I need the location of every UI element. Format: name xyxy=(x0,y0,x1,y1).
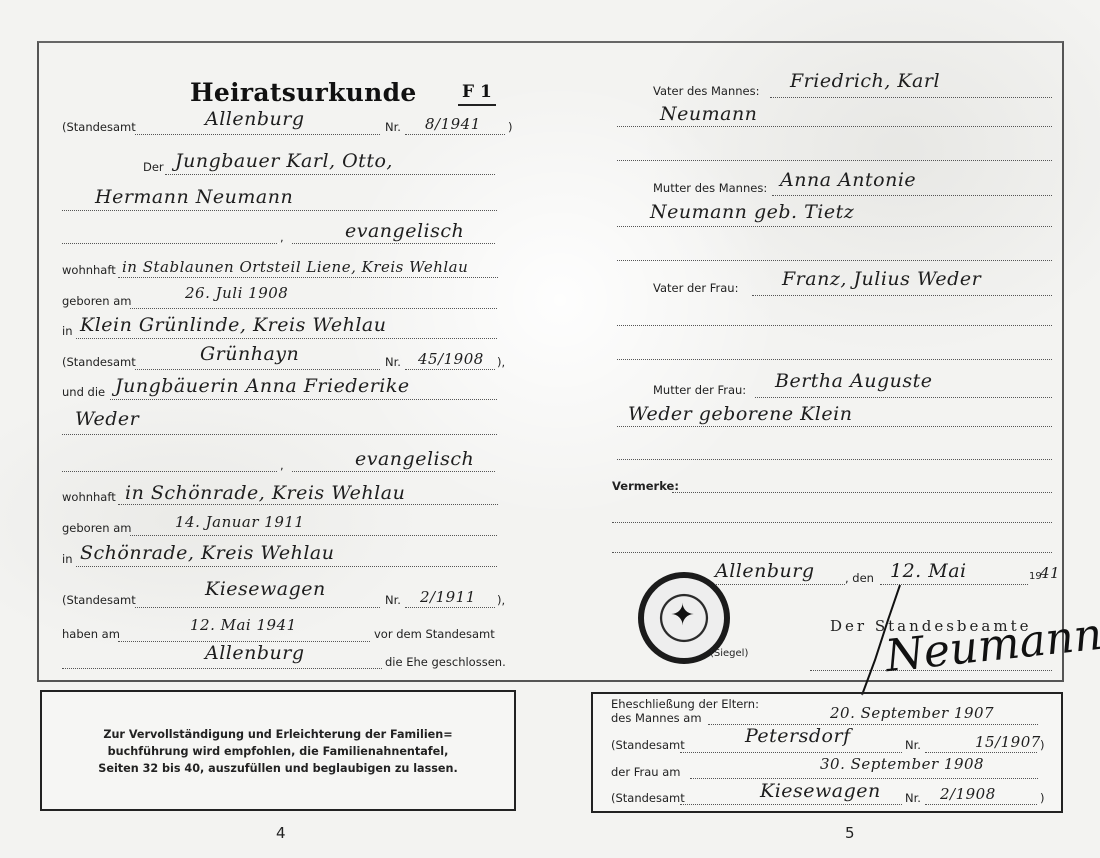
mannes-date: 20. September 1907 xyxy=(830,704,994,722)
nr1-close: ) xyxy=(1040,738,1045,752)
der-label: Der xyxy=(143,160,164,174)
nr2-label: Nr. xyxy=(905,791,921,805)
standesamt-label: (Standesamt xyxy=(62,120,136,134)
mutter-frau-label: Mutter der Frau: xyxy=(653,383,746,397)
standesamt2-value: Kiesewagen xyxy=(760,780,881,802)
groom-standesamt-value: Grünhayn xyxy=(200,343,299,365)
close-paren: ) xyxy=(508,120,513,134)
signature-stroke xyxy=(850,580,910,700)
bride-nr-value: 2/1911 xyxy=(420,588,476,606)
mutter-mannes-label: Mutter des Mannes: xyxy=(653,181,767,195)
dotted-line xyxy=(76,566,497,567)
groom-in-label: in xyxy=(62,324,72,338)
groom-geboren-label: geboren am xyxy=(62,294,131,308)
dotted-line xyxy=(612,522,1052,523)
groom-nr-close: ), xyxy=(497,355,505,369)
vater-mannes-line1: Friedrich, Karl xyxy=(790,70,940,92)
dotted-line xyxy=(617,260,1052,261)
bride-nr-label: Nr. xyxy=(385,593,401,607)
nr1-label: Nr. xyxy=(905,738,921,752)
bride-geboren-label: geboren am xyxy=(62,521,131,535)
page-number-right: 5 xyxy=(845,824,855,842)
sign-place: Allenburg xyxy=(715,560,815,582)
note-line-1: Zur Vervollständigung und Erleichterung … xyxy=(42,726,514,743)
dotted-line xyxy=(612,552,1052,553)
standesamt-value: Allenburg xyxy=(205,108,305,130)
dotted-line xyxy=(617,426,1052,427)
groom-wohnhaft-label: wohnhaft xyxy=(62,263,116,277)
dotted-line xyxy=(405,607,495,608)
dotted-line xyxy=(165,174,495,175)
nr2-value: 2/1908 xyxy=(940,785,996,803)
dotted-line xyxy=(292,243,495,244)
dotted-line xyxy=(130,535,497,536)
dotted-line xyxy=(617,359,1052,360)
bride-in-value: Schönrade, Kreis Wehlau xyxy=(80,542,334,564)
groom-wohnhaft-value: in Stablaunen Ortsteil Liene, Kreis Wehl… xyxy=(122,258,468,276)
vermerke-label: Vermerke: xyxy=(612,479,679,493)
dotted-line xyxy=(690,778,1038,779)
dotted-line xyxy=(755,397,1052,398)
vater-frau-label: Vater der Frau: xyxy=(653,281,738,295)
dotted-line xyxy=(680,752,902,753)
eagle-glyph: ✦ xyxy=(670,598,695,633)
dotted-line xyxy=(62,243,277,244)
vater-mannes-label: Vater des Mannes: xyxy=(653,84,760,98)
dotted-line xyxy=(925,752,1037,753)
nr1-value: 15/1907 xyxy=(975,733,1041,751)
dotted-line xyxy=(405,369,495,370)
mutter-mannes-line1: Anna Antonie xyxy=(780,169,916,191)
dotted-line xyxy=(135,607,380,608)
vater-mannes-line2: Neumann xyxy=(660,103,757,125)
groom-standesamt-label: (Standesamt xyxy=(62,355,136,369)
dotted-line xyxy=(130,308,497,309)
frau-date: 30. September 1908 xyxy=(820,755,984,773)
standesamt1-value: Petersdorf xyxy=(745,725,851,747)
bride-name-line1: Jungbäuerin Anna Friederike xyxy=(115,375,410,397)
dotted-line xyxy=(135,369,380,370)
dotted-line xyxy=(925,804,1037,805)
bride-geboren-value: 14. Januar 1911 xyxy=(175,513,304,531)
standesamt2-label: (Standesamt xyxy=(611,791,685,805)
nr-value: 8/1941 xyxy=(425,115,481,133)
dotted-line xyxy=(672,492,1052,493)
dotted-line xyxy=(617,459,1052,460)
dotted-line xyxy=(292,471,495,472)
dotted-line xyxy=(62,471,277,472)
groom-nr-label: Nr. xyxy=(385,355,401,369)
note-line-2: buchführung wird empfohlen, die Familien… xyxy=(42,743,514,760)
comma: , xyxy=(280,458,284,472)
bride-nr-close: ), xyxy=(497,593,505,607)
note-box: Zur Vervollständigung und Erleichterung … xyxy=(40,690,516,811)
dotted-line xyxy=(62,434,497,435)
groom-geboren-value: 26. Juli 1908 xyxy=(185,284,288,302)
mannes-am-label: des Mannes am xyxy=(611,711,702,725)
bride-standesamt-value: Kiesewagen xyxy=(205,578,326,600)
dotted-line xyxy=(118,504,498,505)
nr-label: Nr. xyxy=(385,120,401,134)
dotted-line xyxy=(76,338,497,339)
mutter-mannes-line2: Neumann geb. Tietz xyxy=(650,201,854,223)
dotted-line xyxy=(617,126,1052,127)
bride-wohnhaft-label: wohnhaft xyxy=(62,490,116,504)
groom-religion: evangelisch xyxy=(345,220,464,242)
dotted-line xyxy=(710,584,845,585)
dotted-line xyxy=(770,97,1052,98)
dotted-line xyxy=(752,295,1052,296)
frau-am-label: der Frau am xyxy=(611,765,681,779)
bride-wohnhaft-value: in Schönrade, Kreis Wehlau xyxy=(125,482,405,504)
nr2-close: ) xyxy=(1040,791,1045,805)
seal-label: (Siegel) xyxy=(710,648,748,659)
dotted-line xyxy=(110,399,497,400)
sign-date: 12. Mai xyxy=(890,560,967,582)
dotted-line xyxy=(617,160,1052,161)
dotted-line xyxy=(617,226,1052,227)
standesamt1-label: (Standesamt xyxy=(611,738,685,752)
bride-in-label: in xyxy=(62,552,72,566)
groom-name-line1: Jungbauer Karl, Otto, xyxy=(175,150,393,172)
form-code: F 1 xyxy=(458,82,496,106)
dotted-line xyxy=(118,277,498,278)
haben-am-label: haben am xyxy=(62,627,120,641)
marriage-place: Allenburg xyxy=(205,642,305,664)
year-suffix: 41 xyxy=(1040,564,1060,582)
dotted-line xyxy=(680,804,902,805)
groom-name-line2: Hermann Neumann xyxy=(95,186,293,208)
mutter-frau-line2: Weder geborene Klein xyxy=(628,403,852,425)
bride-religion: evangelisch xyxy=(355,448,474,470)
und-die-label: und die xyxy=(62,385,105,399)
note-line-3: Seiten 32 bis 40, auszufüllen und beglau… xyxy=(42,760,514,777)
comma: , xyxy=(280,230,284,244)
vater-frau-line1: Franz, Julius Weder xyxy=(782,268,981,290)
bride-standesamt-label: (Standesamt xyxy=(62,593,136,607)
page-number-left: 4 xyxy=(276,824,286,842)
bride-name-line2: Weder xyxy=(75,408,139,430)
parents-heading: Eheschließung der Eltern: xyxy=(611,697,759,711)
groom-nr-value: 45/1908 xyxy=(418,350,484,368)
dotted-line xyxy=(405,134,505,135)
vor-dem-standesamt-label: vor dem Standesamt xyxy=(374,627,495,641)
dotted-line xyxy=(135,134,380,135)
closing-label: die Ehe geschlossen. xyxy=(385,655,506,669)
page-title: Heiratsurkunde xyxy=(190,78,417,107)
groom-in-value: Klein Grünlinde, Kreis Wehlau xyxy=(80,314,386,336)
dotted-line xyxy=(617,325,1052,326)
dotted-line xyxy=(772,195,1052,196)
marriage-date: 12. Mai 1941 xyxy=(190,616,297,634)
dotted-line xyxy=(62,668,382,669)
dotted-line xyxy=(62,210,497,211)
mutter-frau-line1: Bertha Auguste xyxy=(775,370,933,392)
